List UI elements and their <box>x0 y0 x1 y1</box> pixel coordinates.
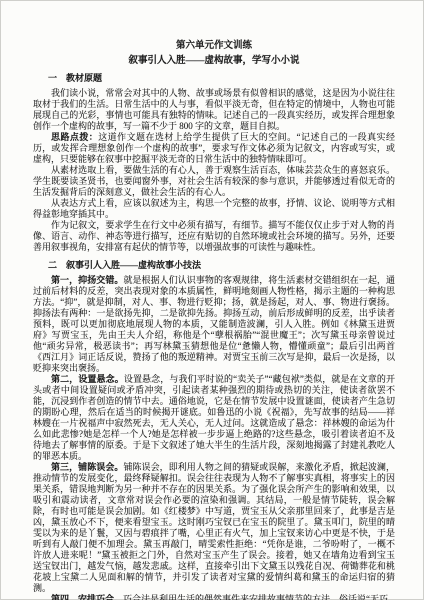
paragraph-technique-4: 第四，安排巧合。巧合法是利用生活的偶然事件来安排故事情节的方法。俗话说“无巧 <box>33 594 395 600</box>
paragraph-text: 我们读小说，常常会对其中的人物、故事或场景有似曾相识的感觉，这是因为小说往往取材… <box>33 88 395 131</box>
paragraph-text: 铺陈误会，即利用人物之间的猜疑或误解，来激化矛盾，掀起波澜，推动情节的发展变化，… <box>33 462 395 593</box>
paragraph-text: 从素材选取上看，要做生活的有心人，善于观察生活百态，体味芸芸众生的喜怒哀乐。学生… <box>33 165 395 197</box>
paragraph-narrative-requirements: 作为记叙文，要求学生在行文中必须有描写，有细节。描写不能仅仅止步于对人物的肖像、… <box>33 220 395 253</box>
paragraph-lead: 第四，安排巧合。 <box>51 594 123 600</box>
paragraph-technique-1: 第一，抑扬交错。就是根据人们认识事物的客观规律，将生活素材交错组织在一起，通过前… <box>33 275 395 374</box>
paragraph-exercise-prompt: 我们读小说，常常会对其中的人物、故事或场景有似曾相识的感觉，这是因为小说往往取材… <box>33 88 395 132</box>
paragraph-lead: 第一，抑扬交错。 <box>51 275 123 285</box>
paragraph-idea-guidance: 思路点拨：这道作文题在选材上给学生提供了巨大的空间。“记述自己的一段真实经历，或… <box>33 132 395 165</box>
paragraph-lead: 思路点拨： <box>51 132 98 142</box>
paragraph-text: 巧合法是利用生活的偶然事件来安排故事情节的方法。俗话说“无巧 <box>123 594 388 600</box>
section-1-heading: 一 教材原题 <box>33 72 395 84</box>
paragraph-material-selection: 从素材选取上看，要做生活的有心人，善于观察生活百态，体味芸芸众生的喜怒哀乐。学生… <box>33 165 395 198</box>
paragraph-expression-mode: 从表达方式上看，应该以叙述为主，构思一个完整的故事，抒情、议论、说明等方式相得益… <box>33 198 395 220</box>
paragraph-text: 设置悬念，与我们平时说的“卖关子”“藏包袱”类似，就是在文章的开头或者中间设置疑… <box>33 374 395 461</box>
paragraph-text: 作为记叙文，要求学生在行文中必须有描写，有细节。描写不能仅仅止步于对人物的肖像、… <box>33 220 395 252</box>
paragraph-technique-3: 第三，铺陈误会。铺陈误会，即利用人物之间的猜疑或误解，来激化矛盾，掀起波澜，推动… <box>33 462 395 594</box>
paragraph-lead: 第二，设置悬念。 <box>51 374 124 384</box>
paragraph-text: 就是根据人们认识事物的客观规律，将生活素材交错组织在一起，通过前后材料的反差，突… <box>33 275 395 373</box>
paragraph-lead: 第三，铺陈误会。 <box>51 462 123 472</box>
page-subtitle: 叙事引人入胜——虚构故事，学写小小说 <box>33 54 395 69</box>
paragraph-text: 从表达方式上看，应该以叙述为主，构思一个完整的故事，抒情、议论、说明等方式相得益… <box>33 198 395 219</box>
paragraph-technique-2: 第二，设置悬念。设置悬念，与我们平时说的“卖关子”“藏包袱”类似，就是在文章的开… <box>33 374 395 462</box>
document-page: 第六单元作文训练 叙事引人入胜——虚构故事，学写小小说 一 教材原题 我们读小说… <box>0 0 424 600</box>
page-title: 第六单元作文训练 <box>33 39 395 54</box>
section-2-heading: 二 叙事引人入胜——虚构故事小技法 <box>33 259 395 271</box>
